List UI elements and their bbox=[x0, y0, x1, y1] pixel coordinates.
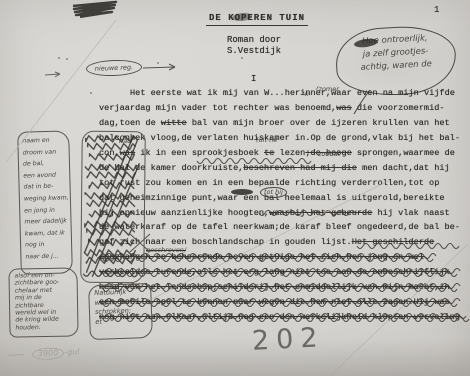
manuscript-page: 1 DE KOPEREN TUIN Roman door S.Vestdijk … bbox=[0, 0, 470, 376]
crease-lines bbox=[0, 0, 470, 376]
